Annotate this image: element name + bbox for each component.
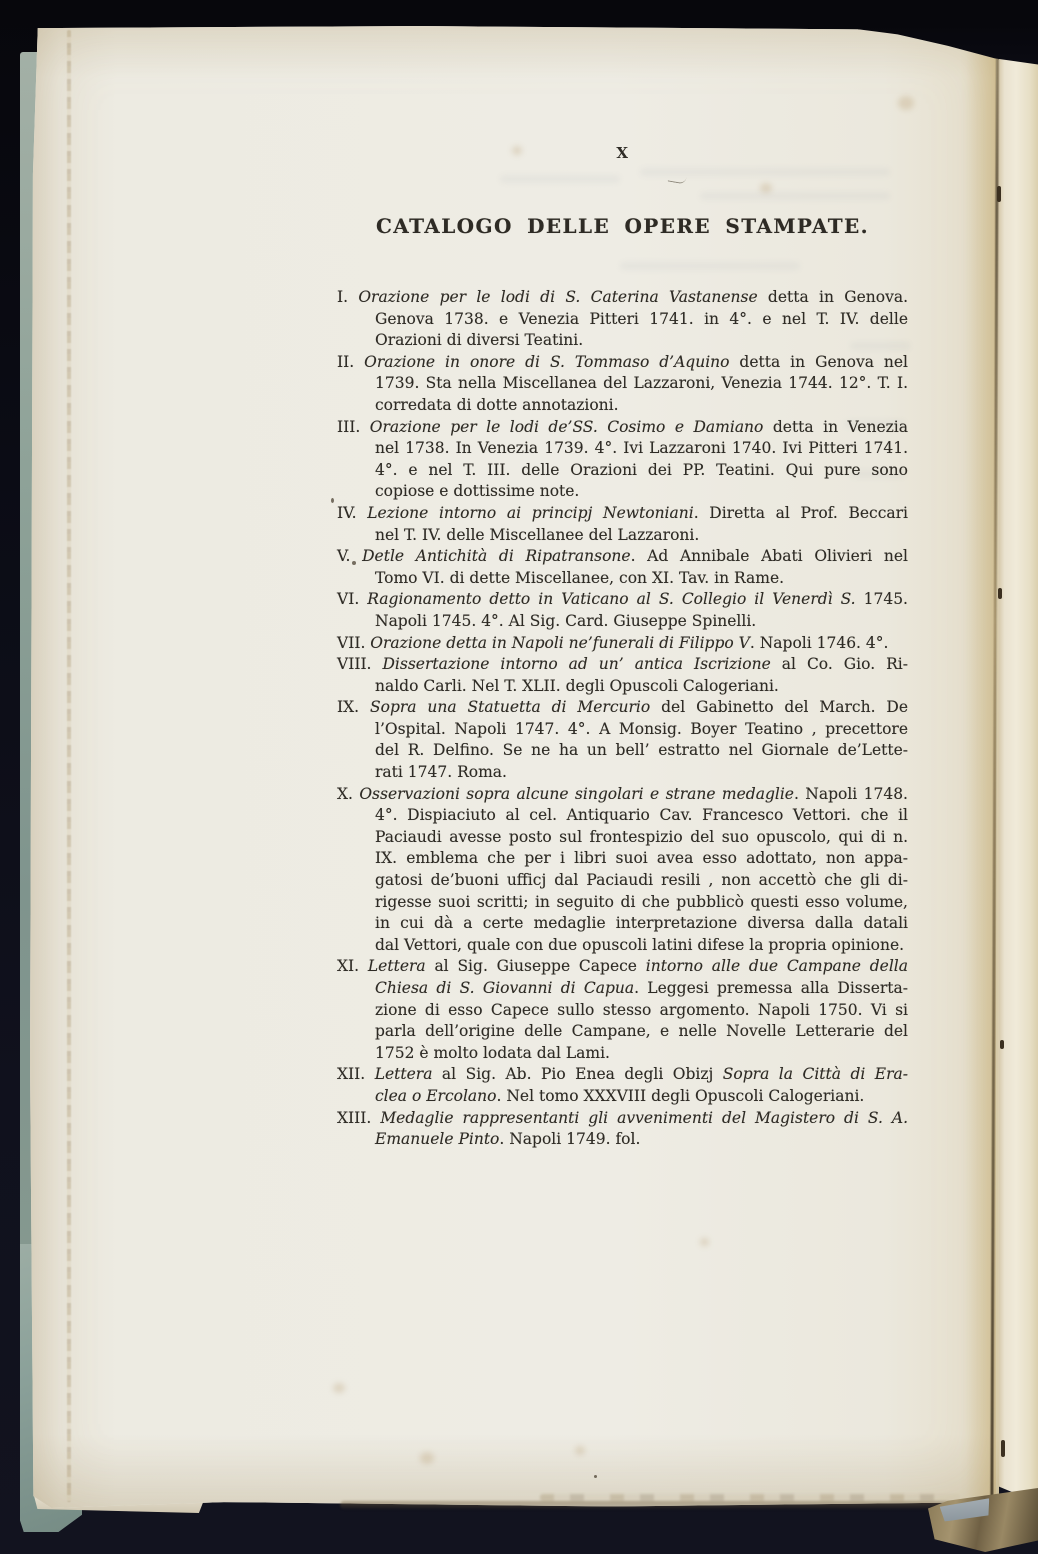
foxing-stain xyxy=(898,96,914,110)
work-title-segment: Sopra una Statuetta di Mercurio xyxy=(370,698,650,716)
text-segment: rigesse suoi scritti; in seguito di che … xyxy=(375,893,908,911)
catalog-entries: I. Orazione per le lodi di S. Caterina V… xyxy=(337,287,908,1151)
text-segment: 1745. xyxy=(856,590,908,608)
work-title-segment: Dissertazione intorno ad un’ antica Iscr… xyxy=(382,655,770,673)
entry-line: Tomo VI. di dette Miscellanee, con XI. T… xyxy=(375,568,908,590)
catalog-entry: VII. Orazione detta in Napoli ne’funeral… xyxy=(337,633,908,655)
text-segment: zione di esso Capece sullo stesso argome… xyxy=(375,1001,908,1019)
catalog-entry: VIII. Dissertazione intorno ad un’ antic… xyxy=(337,654,908,697)
catalog-entry: XII. Lettera al Sig. Ab. Pio Enea degli … xyxy=(337,1064,908,1107)
entry-line: 1752 è molto lodata dal Lami. xyxy=(375,1043,908,1065)
text-segment: gatosi de’buoni ufficj dal Paciaudi resi… xyxy=(375,871,908,889)
entry-line: in cui dà a certe medaglie interpretazio… xyxy=(375,913,908,935)
text-segment: Paciaudi avesse posto sul frontespizio d… xyxy=(375,828,908,846)
text-segment: . Napoli 1748. xyxy=(794,785,908,803)
entry-line: rigesse suoi scritti; in seguito di che … xyxy=(375,892,908,914)
work-title-segment: Lettera xyxy=(375,1065,433,1083)
crease-nick xyxy=(998,588,1002,599)
catalog-entry: V. Detle Antichità di Ripatransone. Ad A… xyxy=(337,546,908,589)
entry-line: corredata di dotte annotazioni. xyxy=(375,395,908,417)
text-segment: 4°. e nel T. III. delle Orazioni dei PP.… xyxy=(375,461,908,479)
text-segment: Napoli 1745. 4°. Al Sig. Card. Giuseppe … xyxy=(375,612,756,630)
catalog-entry: VI. Ragionamento detto in Vaticano al S.… xyxy=(337,589,908,632)
entry-line: l’Ospital. Napoli 1747. 4°. A Monsig. Bo… xyxy=(375,719,908,741)
entry-line: IX. emblema che per i libri suoi avea es… xyxy=(375,848,908,870)
work-title-segment: Lezione intorno ai principj Newtoniani xyxy=(367,504,694,522)
entry-line: V. Detle Antichità di Ripatransone. Ad A… xyxy=(375,546,908,568)
entry-line: I. Orazione per le lodi di S. Caterina V… xyxy=(375,287,908,309)
work-title-segment: Orazione per le lodi de’SS. Cosimo e Dam… xyxy=(370,418,764,436)
text-segment: . Diretta al Prof. Beccari xyxy=(694,504,908,522)
entry-line: XII. Lettera al Sig. Ab. Pio Enea degli … xyxy=(375,1064,908,1086)
text-block: X CATALOGO DELLE OPERE STAMPATE. I. Oraz… xyxy=(337,144,908,1151)
entry-line: Emanuele Pinto. Napoli 1749. fol. xyxy=(375,1129,908,1151)
entry-line: zione di esso Capece sullo stesso argome… xyxy=(375,1000,908,1022)
foxing-stain xyxy=(333,1383,345,1393)
entry-line: Paciaudi avesse posto sul frontespizio d… xyxy=(375,827,908,849)
text-segment: detta in Venezia xyxy=(763,418,908,436)
text-segment: Genova 1738. e Venezia Pitteri 1741. in … xyxy=(375,310,908,328)
text-segment: detta in Genova nel xyxy=(729,353,908,371)
adjacent-page-edge xyxy=(996,36,1038,1500)
catalog-entry: IX. Sopra una Statuetta di Mercurio del … xyxy=(337,697,908,783)
crease-nick xyxy=(1001,1440,1005,1457)
page-title: CATALOGO DELLE OPERE STAMPATE. xyxy=(337,214,908,238)
text-segment: detta in Genova. xyxy=(758,288,908,306)
text-segment: . Napoli 1749. fol. xyxy=(499,1130,640,1148)
text-segment: 4°. Dispiaciuto al cel. Antiquario Cav. … xyxy=(375,806,908,824)
text-segment: . Ad Annibale Abati Olivieri nel xyxy=(631,547,908,565)
work-title-segment: Osservazioni sopra alcune singolari e st… xyxy=(359,785,794,803)
scanned-book-photo: X CATALOGO DELLE OPERE STAMPATE. I. Oraz… xyxy=(0,0,1038,1554)
entry-line: parla dell’origine delle Campane, e nell… xyxy=(375,1021,908,1043)
entry-numeral: IV. xyxy=(337,504,367,522)
crease-nick xyxy=(1000,1040,1004,1049)
catalog-entry: II. Orazione in onore di S. Tommaso d’Aq… xyxy=(337,352,908,417)
entry-line: naldo Carli. Nel T. XLII. degli Opuscoli… xyxy=(375,676,908,698)
entry-line: rati 1747. Roma. xyxy=(375,762,908,784)
entry-line: X. Osservazioni sopra alcune singolari e… xyxy=(375,784,908,806)
entry-line: 4°. Dispiaciuto al cel. Antiquario Cav. … xyxy=(375,805,908,827)
text-segment: 1739. Sta nella Miscellanea del Lazzaron… xyxy=(375,374,908,392)
entry-numeral: XI. xyxy=(337,957,368,975)
entry-line: nel 1738. In Venezia 1739. 4°. Ivi Lazza… xyxy=(375,438,908,460)
text-segment: al Co. Gio. Ri- xyxy=(771,655,908,673)
crease-nick xyxy=(997,186,1001,202)
entry-numeral: VI. xyxy=(337,590,367,608)
entry-line: 4°. e nel T. III. delle Orazioni dei PP.… xyxy=(375,460,908,482)
entry-line: clea o Ercolano. Nel tomo XXXVIII degli … xyxy=(375,1086,908,1108)
foxing-stain xyxy=(700,1238,709,1246)
entry-numeral: VII. xyxy=(337,634,370,652)
entry-numeral: VIII. xyxy=(337,655,382,673)
entry-line: IX. Sopra una Statuetta di Mercurio del … xyxy=(375,697,908,719)
entry-line: nel T. IV. delle Miscellanee del Lazzaro… xyxy=(375,525,908,547)
entry-line: II. Orazione in onore di S. Tommaso d’Aq… xyxy=(375,352,908,374)
text-segment: Orazioni di diversi Teatini. xyxy=(375,331,583,349)
text-segment: in cui dà a certe medaglie interpretazio… xyxy=(375,914,908,932)
work-title-segment: intorno alle due Campane della xyxy=(646,957,908,975)
entry-line: VIII. Dissertazione intorno ad un’ antic… xyxy=(375,654,908,676)
entry-numeral: XII. xyxy=(337,1065,375,1083)
entry-line: 1739. Sta nella Miscellanea del Lazzaron… xyxy=(375,373,908,395)
entry-line: IV. Lezione intorno ai principj Newtonia… xyxy=(375,503,908,525)
text-segment: dal Vettori, quale con due opuscoli lati… xyxy=(375,936,904,954)
work-title-segment: Orazione per le lodi di S. Caterina Vast… xyxy=(358,288,757,306)
entry-numeral: V. xyxy=(337,547,362,565)
text-segment: copiose e dottissime note. xyxy=(375,482,579,500)
catalog-entry: XI. Lettera al Sig. Giuseppe Capece into… xyxy=(337,956,908,1064)
text-segment: al Sig. Ab. Pio Enea degli Obizj xyxy=(432,1065,722,1083)
catalog-entry: X. Osservazioni sopra alcune singolari e… xyxy=(337,784,908,957)
entry-numeral: II. xyxy=(337,353,364,371)
work-title-segment: Emanuele Pinto xyxy=(375,1130,499,1148)
entry-line: VII. Orazione detta in Napoli ne’funeral… xyxy=(375,633,908,655)
ink-speck xyxy=(594,1475,597,1478)
entry-line: VI. Ragionamento detto in Vaticano al S.… xyxy=(375,589,908,611)
bottom-edge-dirt xyxy=(540,1494,960,1501)
work-title-segment: Detle Antichità di Ripatransone xyxy=(362,547,630,565)
entry-numeral: III. xyxy=(337,418,370,436)
work-title-segment: Orazione detta in Napoli ne’funerali di … xyxy=(370,634,750,652)
entry-line: gatosi de’buoni ufficj dal Paciaudi resi… xyxy=(375,870,908,892)
text-segment: corredata di dotte annotazioni. xyxy=(375,396,619,414)
text-segment: del R. Delfino. Se ne ha un bell’ estrat… xyxy=(375,741,908,759)
text-segment: . Nel tomo XXXVIII degli Opuscoli Caloge… xyxy=(497,1087,865,1105)
text-segment: parla dell’origine delle Campane, e nell… xyxy=(375,1022,908,1040)
work-title-segment: Orazione in onore di S. Tommaso d’Aquino xyxy=(364,353,729,371)
work-title-segment: Chiesa di S. Giovanni di Capua xyxy=(375,979,634,997)
entry-line: dal Vettori, quale con due opuscoli lati… xyxy=(375,935,908,957)
entry-line: copiose e dottissime note. xyxy=(375,481,908,503)
text-segment: naldo Carli. Nel T. XLII. degli Opuscoli… xyxy=(375,677,779,695)
entry-line: XI. Lettera al Sig. Giuseppe Capece into… xyxy=(375,956,908,978)
text-segment: . Napoli 1746. 4°. xyxy=(750,634,889,652)
foxing-stain xyxy=(575,1446,585,1455)
work-title-segment: Medaglie rappresentanti gli avvenimenti … xyxy=(380,1109,908,1127)
work-title-segment: Lettera xyxy=(368,957,426,975)
text-segment: Tomo VI. di dette Miscellanee, con XI. T… xyxy=(375,569,784,587)
entry-line: del R. Delfino. Se ne ha un bell’ estrat… xyxy=(375,740,908,762)
left-stitch-seam xyxy=(67,30,71,1502)
catalog-entry: I. Orazione per le lodi di S. Caterina V… xyxy=(337,287,908,352)
text-segment: del Gabinetto del March. De xyxy=(650,698,908,716)
page-number: X xyxy=(337,144,908,164)
book-page: X CATALOGO DELLE OPERE STAMPATE. I. Oraz… xyxy=(30,26,999,1508)
ink-speck xyxy=(331,498,334,503)
entry-line: Chiesa di S. Giovanni di Capua. Leggesi … xyxy=(375,978,908,1000)
entry-line: Napoli 1745. 4°. Al Sig. Card. Giuseppe … xyxy=(375,611,908,633)
text-segment: nel T. IV. delle Miscellanee del Lazzaro… xyxy=(375,526,699,544)
text-segment: rati 1747. Roma. xyxy=(375,763,507,781)
foxing-stain xyxy=(420,1452,434,1464)
entry-line: XIII. Medaglie rappresentanti gli avveni… xyxy=(375,1108,908,1130)
text-segment: l’Ospital. Napoli 1747. 4°. A Monsig. Bo… xyxy=(375,720,908,738)
text-segment: 1752 è molto lodata dal Lami. xyxy=(375,1044,610,1062)
entry-numeral: XIII. xyxy=(337,1109,380,1127)
text-segment: al Sig. Giuseppe Capece xyxy=(426,957,646,975)
text-segment: IX. emblema che per i libri suoi avea es… xyxy=(375,849,908,867)
catalog-entry: IV. Lezione intorno ai principj Newtonia… xyxy=(337,503,908,546)
entry-numeral: IX. xyxy=(337,698,370,716)
entry-numeral: I. xyxy=(337,288,358,306)
entry-line: Orazioni di diversi Teatini. xyxy=(375,330,908,352)
work-title-segment: Ragionamento detto in Vaticano al S. Col… xyxy=(367,590,855,608)
text-segment: nel 1738. In Venezia 1739. 4°. Ivi Lazza… xyxy=(375,439,908,457)
entry-numeral: X. xyxy=(337,785,359,803)
work-title-segment: clea o Ercolano xyxy=(375,1087,497,1105)
work-title-segment: Sopra la Città di Era- xyxy=(723,1065,908,1083)
text-segment: . Leggesi premessa alla Disserta- xyxy=(634,979,908,997)
entry-line: Genova 1738. e Venezia Pitteri 1741. in … xyxy=(375,309,908,331)
page-thickness-shadow xyxy=(340,1501,950,1509)
entry-line: III. Orazione per le lodi de’SS. Cosimo … xyxy=(375,417,908,439)
catalog-entry: XIII. Medaglie rappresentanti gli avveni… xyxy=(337,1108,908,1151)
catalog-entry: III. Orazione per le lodi de’SS. Cosimo … xyxy=(337,417,908,503)
